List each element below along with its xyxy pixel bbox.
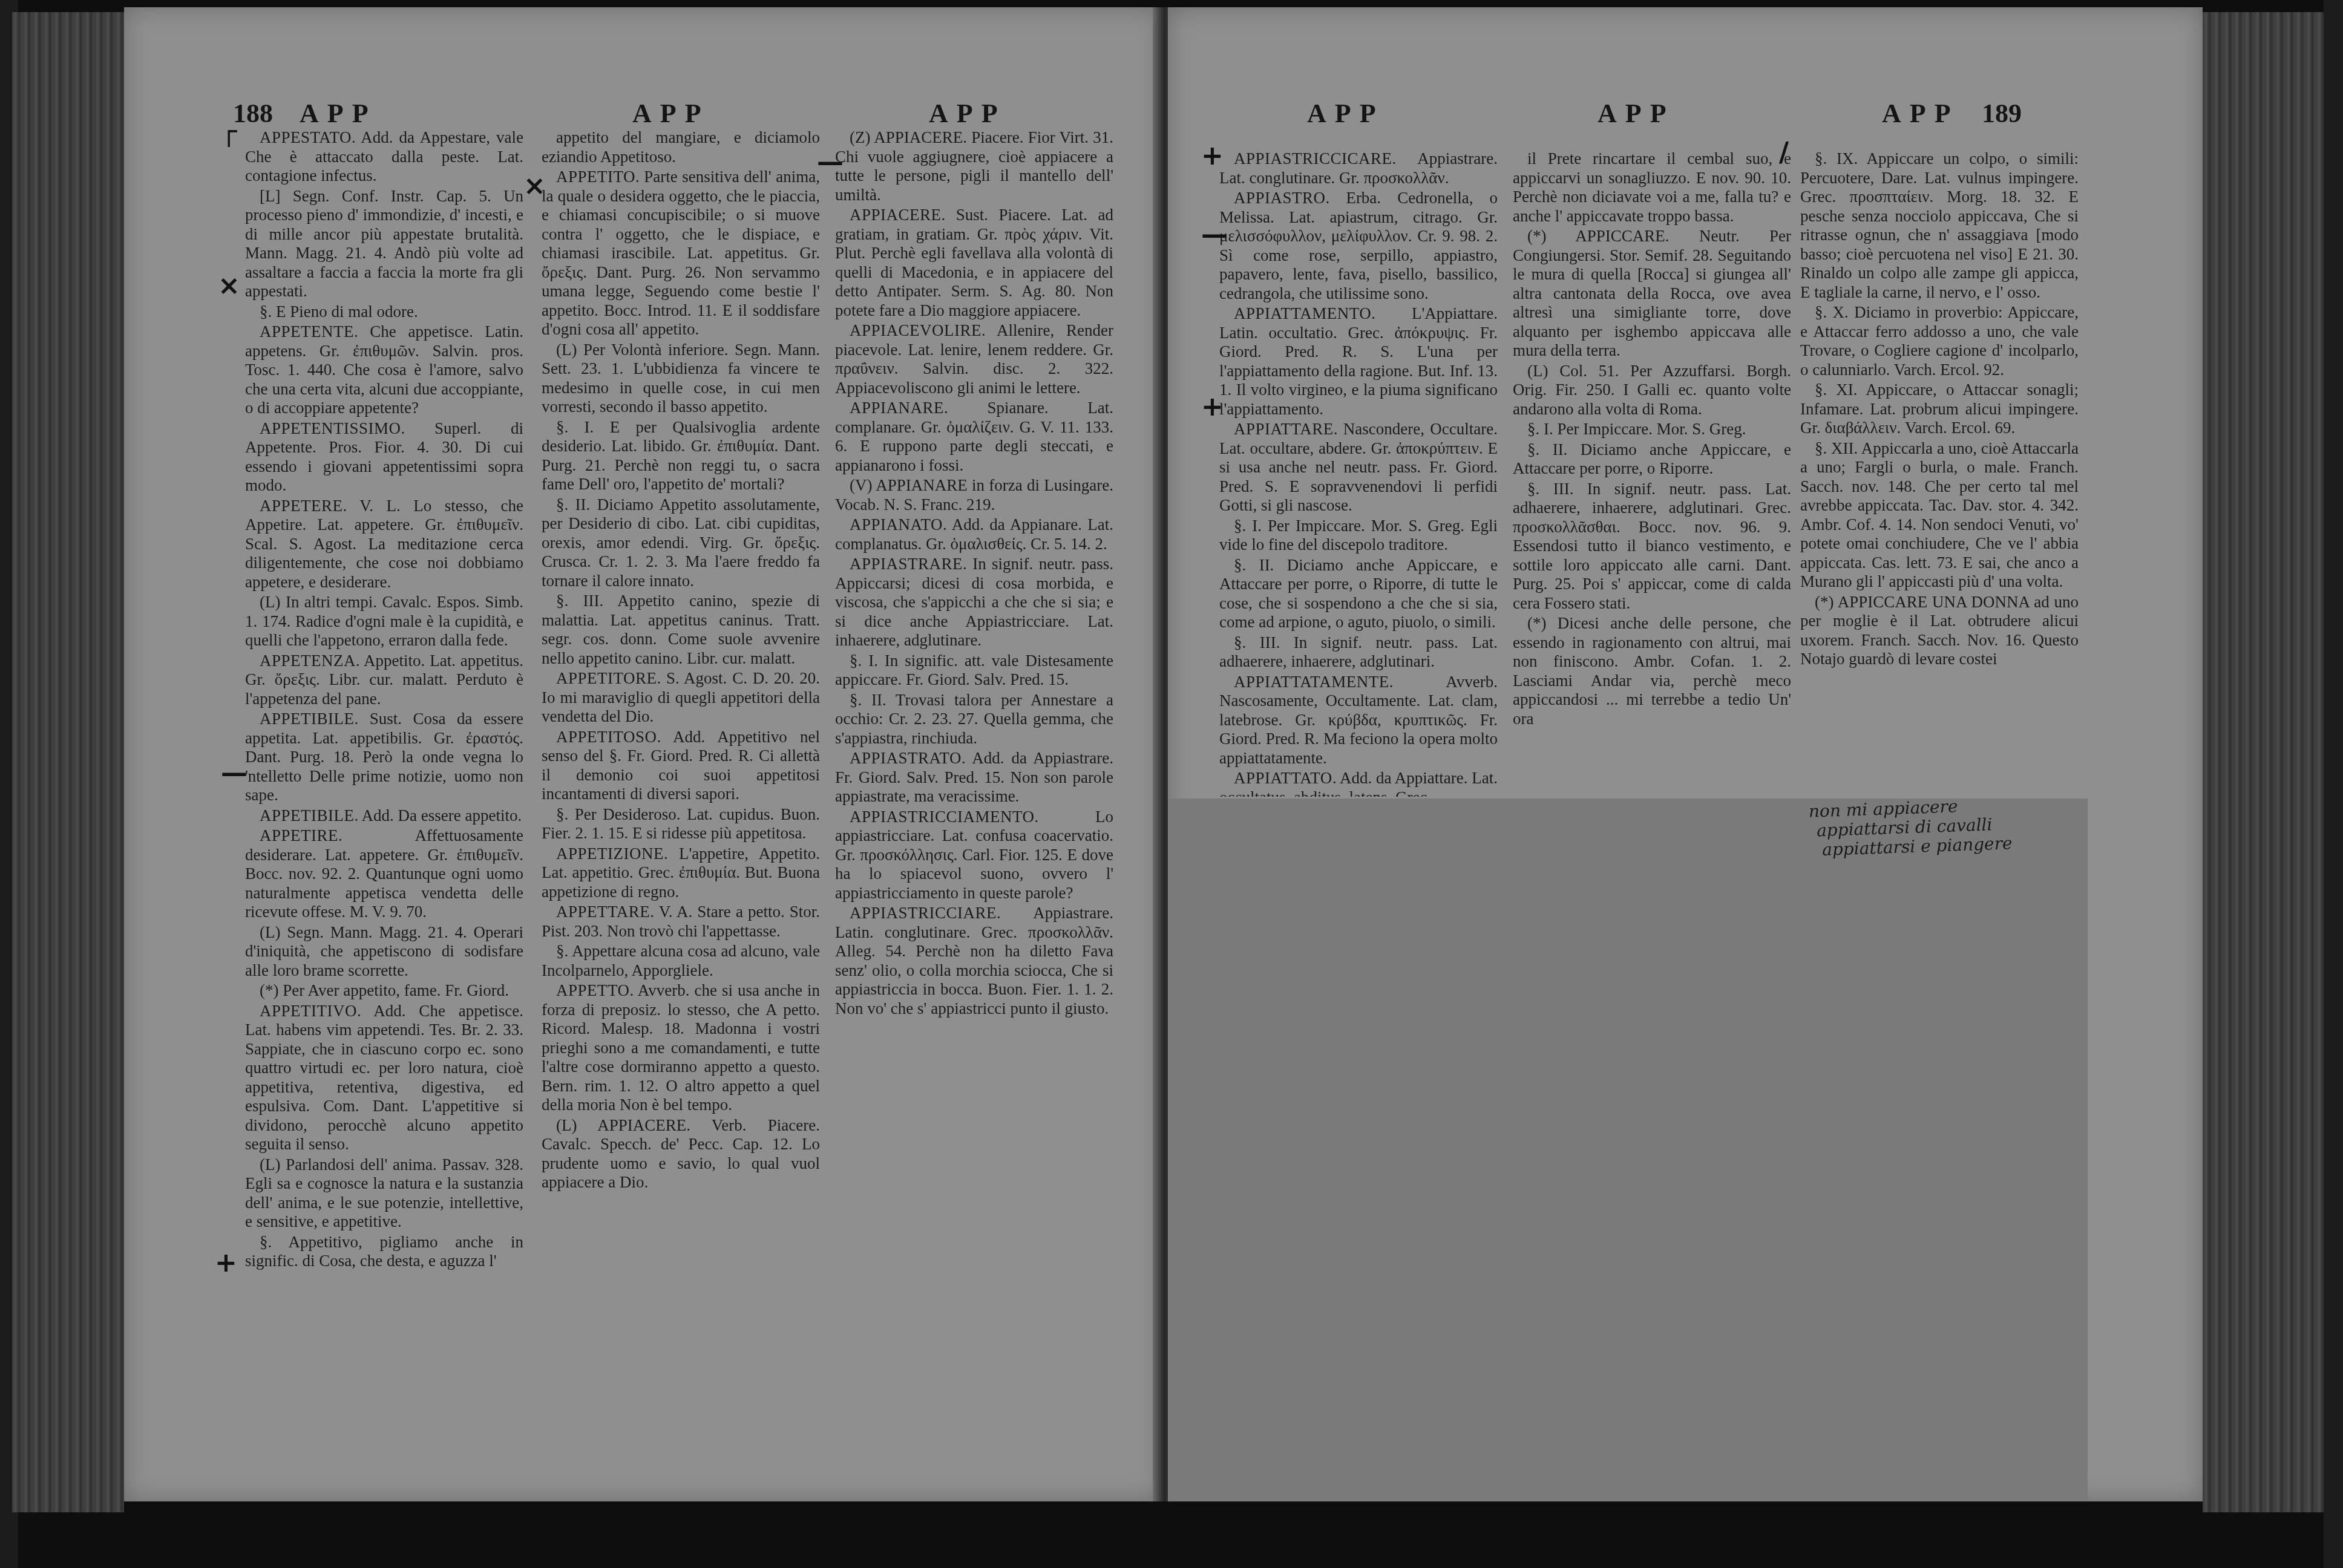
dictionary-entry: APPETIZIONE. L'appetire, Appetito. Lat. … bbox=[542, 844, 820, 902]
dictionary-entry: APPETITO. Parte sensitiva dell' anima, l… bbox=[542, 168, 820, 339]
entry-headword: APPIANARE bbox=[850, 399, 944, 417]
entry-text: (L) Col. 51. Per Azzuffarsi. Borgh. Orig… bbox=[1513, 362, 1791, 418]
margin-mark-x: × bbox=[523, 171, 546, 201]
entry-text: §. III. In signif. neutr. pass. Lat. adh… bbox=[1513, 480, 1791, 612]
entry-text: (*) APPICCARE. Neutr. Per Congiungersi. … bbox=[1513, 227, 1791, 359]
entry-text: §. II. Diciamo anche Appiccare, e Attacc… bbox=[1219, 556, 1498, 632]
dictionary-entry: §. XII. Appiccarla a uno, cioè Attaccarl… bbox=[1800, 439, 2079, 592]
margin-mark-dash: / bbox=[1779, 137, 1789, 168]
left-column-2: appetito del mangiare, e diciamolo ezian… bbox=[542, 128, 820, 1194]
entry-headword: APPETENZA bbox=[260, 652, 356, 670]
dictionary-entry: APPETTARE. V. A. Stare a petto. Stor. Pi… bbox=[542, 903, 820, 941]
dictionary-entry: (*) Per Aver appetito, fame. Fr. Giord. bbox=[245, 981, 523, 1001]
entry-headword: APPETITO bbox=[556, 168, 635, 186]
dictionary-entry: §. XI. Appiccare, o Attaccar sonagli; In… bbox=[1800, 381, 2079, 438]
dictionary-entry: (*) APPICCARE UNA DONNA ad uno per mogli… bbox=[1800, 593, 2079, 669]
entry-text: §. III. Appetito canino, spezie di malat… bbox=[542, 592, 820, 667]
entry-text: §. II. Trovasi talora per Annestare a oc… bbox=[835, 691, 1113, 747]
entry-text: §. X. Diciamo in proverbio: Appiccare, e… bbox=[1800, 303, 2079, 379]
entry-headword: APPIATTATAMENTE bbox=[1234, 673, 1389, 691]
entry-text: §. I. Per Impiccare. Mor. S. Greg. bbox=[1527, 420, 1746, 438]
dictionary-entry: APPESTATO. Add. da Appestare, vale Che è… bbox=[245, 128, 523, 186]
book-board-right bbox=[2324, 0, 2343, 1568]
entry-text: . Avverb. che si usa anche in forza di p… bbox=[542, 981, 820, 1114]
entry-text: §. II. Diciamo Appetito assolutamente, p… bbox=[542, 495, 820, 590]
dictionary-entry: §. Appetitivo, pigliamo anche in signifi… bbox=[245, 1233, 523, 1271]
entry-text: §. II. Diciamo anche Appiccare, e Attacc… bbox=[1513, 440, 1791, 478]
dictionary-entry: APPETENZA. Appetito. Lat. appetitus. Gr.… bbox=[245, 652, 523, 709]
running-head-left-3: APP bbox=[929, 98, 1006, 129]
running-head-left-2: APP bbox=[632, 98, 710, 129]
dictionary-entry: (L) In altri tempi. Cavalc. Espos. Simb.… bbox=[245, 593, 523, 650]
entry-headword: APPIASTRARE bbox=[850, 555, 963, 573]
entry-text: (Z) APPIACERE. Piacere. Fior Virt. 31. C… bbox=[835, 128, 1113, 204]
dictionary-entry: §. III. In signif. neutr. pass. Lat. adh… bbox=[1219, 633, 1498, 671]
entry-text: (V) APPIANARE in forza di Lusingare. Voc… bbox=[835, 476, 1113, 514]
entry-headword: APPETENTE bbox=[260, 322, 354, 341]
margin-mark-dash: — bbox=[817, 146, 844, 177]
dictionary-entry: APPIASTRICCIAMENTO. Lo appiastricciare. … bbox=[835, 808, 1113, 903]
entry-text: §. E Pieno di mal odore. bbox=[260, 302, 418, 321]
entry-text: §. Appetitivo, pigliamo anche in signifi… bbox=[245, 1233, 523, 1270]
entry-headword: APPIASTRICCIARE bbox=[850, 904, 997, 922]
entry-text: (L) Per Volontà inferiore. Segn. Mann. S… bbox=[542, 341, 820, 416]
page-number-right: 189 bbox=[1982, 98, 2022, 129]
dictionary-entry: appetito del mangiare, e diciamolo ezian… bbox=[542, 128, 820, 166]
handwritten-note: non mi appiacere appiattarsi di cavalli … bbox=[1808, 795, 2013, 860]
dictionary-entry: APPIANARE. Spianare. Lat. complanare. Gr… bbox=[835, 399, 1113, 475]
entry-headword: APPIASTRICCIAMENTO bbox=[850, 808, 1035, 826]
dictionary-entry: §. I. E per Qualsivoglia ardente desider… bbox=[542, 418, 820, 494]
dictionary-entry: (L) APPIACERE. Verb. Piacere. Cavalc. Sp… bbox=[542, 1116, 820, 1192]
entry-text: . Parte sensitiva dell' anima, la quale … bbox=[542, 168, 820, 338]
entry-text: (L) APPIACERE. Verb. Piacere. Cavalc. Sp… bbox=[542, 1116, 820, 1192]
entry-text: (L) Segn. Mann. Magg. 21. 4. Operari d'i… bbox=[245, 923, 523, 979]
entry-headword: APPETITOSO bbox=[556, 728, 657, 746]
dictionary-entry: APPIASTRARE. In signif. neutr. pass. App… bbox=[835, 555, 1113, 650]
dictionary-entry: §. II. Diciamo Appetito assolutamente, p… bbox=[542, 495, 820, 591]
dictionary-entry: §. III. Appetito canino, spezie di malat… bbox=[542, 592, 820, 668]
dictionary-entry: APPIANATO. Add. da Appianare. Lat. compl… bbox=[835, 515, 1113, 554]
entry-headword: APPIASTRATO bbox=[850, 749, 962, 767]
dictionary-entry: §. IX. Appiccare un colpo, o simili: Per… bbox=[1800, 149, 2079, 302]
entry-text: . Add. Che appetisce. Lat. habens vim ap… bbox=[245, 1002, 523, 1154]
dictionary-entry: APPETENTE. Che appetisce. Latin. appeten… bbox=[245, 322, 523, 418]
dictionary-entry: APPETIRE. Affettuosamente desiderare. La… bbox=[245, 826, 523, 922]
entry-text: (*) Dicesi anche delle persone, che esse… bbox=[1513, 614, 1791, 728]
entry-headword: APPETIBILE bbox=[260, 710, 355, 728]
entry-text: §. Per Desideroso. Lat. cupidus. Buon. F… bbox=[542, 805, 820, 843]
dictionary-entry: APPETTO. Avverb. che si usa anche in for… bbox=[542, 981, 820, 1115]
right-column-1: APPIASTRICCICARE. Appiastrare. Lat. cong… bbox=[1219, 149, 1498, 797]
dictionary-entry: APPIACEVOLIRE. Allenire, Render piacevol… bbox=[835, 321, 1113, 397]
entry-headword: APPESTATO bbox=[260, 128, 352, 146]
dictionary-entry: APPIATTARE. Nascondere, Occultare. Lat. … bbox=[1219, 420, 1498, 515]
margin-mark-plus: + bbox=[1201, 140, 1224, 171]
right-column-2: il Prete rincartare il cembal suo, e app… bbox=[1513, 149, 1791, 797]
left-fore-edge bbox=[12, 12, 124, 1512]
dictionary-entry: §. II. Diciamo anche Appiccare, e Attacc… bbox=[1513, 440, 1791, 479]
entry-headword: APPETIRE bbox=[260, 826, 338, 844]
running-head-right-2: APP bbox=[1597, 98, 1675, 129]
entry-headword: APPETIZIONE bbox=[556, 844, 664, 863]
entry-text: . Add. Da essere appetito. bbox=[355, 806, 522, 825]
running-head-right-3: APP bbox=[1882, 98, 1959, 129]
entry-headword: APPIATTARE bbox=[1234, 420, 1334, 438]
margin-mark-plus: + bbox=[1201, 391, 1224, 422]
entry-headword: APPIANATO bbox=[850, 515, 943, 534]
entry-headword: APPETTO bbox=[556, 981, 630, 999]
dictionary-entry: [L] Segn. Conf. Instr. Cap. 5. Un proces… bbox=[245, 187, 523, 301]
left-column-1: APPESTATO. Add. da Appestare, vale Che è… bbox=[245, 128, 523, 1272]
left-column-3: (Z) APPIACERE. Piacere. Fior Virt. 31. C… bbox=[835, 128, 1113, 1019]
entry-text: §. XII. Appiccarla a uno, cioè Attaccarl… bbox=[1800, 439, 2079, 591]
dictionary-entry: APPIATTATO. Add. da Appiattare. Lat. occ… bbox=[1219, 769, 1498, 797]
dictionary-entry: APPETIBILE. Sust. Cosa da essere appetit… bbox=[245, 710, 523, 805]
blank-paper-region bbox=[1168, 799, 2088, 1501]
dictionary-entry: §. X. Diciamo in proverbio: Appiccare, e… bbox=[1800, 303, 2079, 379]
dictionary-entry: §. III. In signif. neutr. pass. Lat. adh… bbox=[1513, 480, 1791, 613]
entry-text: il Prete rincartare il cembal suo, e app… bbox=[1513, 149, 1791, 225]
dictionary-entry: (*) Dicesi anche delle persone, che esse… bbox=[1513, 614, 1791, 728]
entry-headword: APPETENTISSIMO bbox=[260, 419, 401, 437]
entry-text: §. I. Per Impiccare. Mor. S. Greg. Egli … bbox=[1219, 517, 1498, 554]
margin-mark-plus: + bbox=[215, 1247, 237, 1278]
dictionary-entry: APPETIBILE. Add. Da essere appetito. bbox=[245, 806, 523, 826]
entry-text: §. XI. Appiccare, o Attaccar sonagli; In… bbox=[1800, 381, 2079, 437]
entry-text: §. III. In signif. neutr. pass. Lat. adh… bbox=[1219, 633, 1498, 671]
entry-text: §. I. In signific. att. vale Distesament… bbox=[835, 652, 1113, 689]
entry-headword: APPETITIVO bbox=[260, 1002, 357, 1020]
entry-text: (*) Per Aver appetito, fame. Fr. Giord. bbox=[260, 981, 509, 999]
dictionary-entry: §. Per Desideroso. Lat. cupidus. Buon. F… bbox=[542, 805, 820, 843]
dictionary-entry: APPIATTAMENTO. L'Appiattare. Latin. occu… bbox=[1219, 304, 1498, 419]
dictionary-entry: (L) Segn. Mann. Magg. 21. 4. Operari d'i… bbox=[245, 923, 523, 981]
dictionary-entry: APPIASTRATO. Add. da Appiastrare. Fr. Gi… bbox=[835, 749, 1113, 806]
dictionary-entry: (L) Col. 51. Per Azzuffarsi. Borgh. Orig… bbox=[1513, 362, 1791, 419]
dictionary-entry: §. II. Trovasi talora per Annestare a oc… bbox=[835, 691, 1113, 748]
left-page: 188 APP APP APP APPESTATO. Add. da Appes… bbox=[124, 7, 1162, 1501]
dictionary-entry: §. E Pieno di mal odore. bbox=[245, 302, 523, 322]
margin-mark-cross: ┌ bbox=[221, 116, 237, 147]
right-column-3: §. IX. Appiccare un colpo, o simili: Per… bbox=[1800, 149, 2079, 797]
running-head-right-1: APP bbox=[1307, 98, 1384, 129]
entry-text: (L) In altri tempi. Cavalc. Espos. Simb.… bbox=[245, 593, 523, 649]
entry-text: §. IX. Appiccare un colpo, o simili: Per… bbox=[1800, 149, 2079, 301]
dictionary-entry: (*) APPICCARE. Neutr. Per Congiungersi. … bbox=[1513, 227, 1791, 361]
dictionary-entry: APPETITOSO. Add. Appetitivo nel senso de… bbox=[542, 728, 820, 804]
right-page: APP APP APP 189 APPIASTRICCICARE. Appias… bbox=[1168, 7, 2203, 1501]
dictionary-entry: §. I. Per Impiccare. Mor. S. Greg. bbox=[1513, 420, 1791, 439]
dictionary-entry: APPETITIVO. Add. Che appetisce. Lat. hab… bbox=[245, 1002, 523, 1154]
entry-text: (L) Parlandosi dell' anima. Passav. 328.… bbox=[245, 1155, 523, 1231]
page-number-left: 188 bbox=[233, 98, 273, 129]
entry-headword: APPIASTRO bbox=[1234, 189, 1326, 207]
entry-text: §. Appettare alcuna cosa ad alcuno, vale… bbox=[542, 942, 820, 979]
entry-text: appetito del mangiare, e diciamolo ezian… bbox=[542, 128, 820, 166]
running-head-left-1: APP bbox=[300, 98, 377, 129]
dictionary-entry: (L) Parlandosi dell' anima. Passav. 328.… bbox=[245, 1155, 523, 1232]
entry-headword: APPIACEVOLIRE bbox=[850, 321, 981, 339]
entry-headword: APPETTARE bbox=[556, 903, 650, 921]
dictionary-entry: (L) Per Volontà inferiore. Segn. Mann. S… bbox=[542, 341, 820, 417]
entry-text: [L] Segn. Conf. Instr. Cap. 5. Un proces… bbox=[245, 187, 523, 301]
dictionary-entry: APPIASTRO. Erba. Cedronella, o Melissa. … bbox=[1219, 189, 1498, 303]
margin-mark-dash: — bbox=[221, 757, 247, 788]
dictionary-entry: APPIACERE. Sust. Piacere. Lat. ad gratia… bbox=[835, 206, 1113, 320]
dictionary-entry: APPIASTRICCIARE. Appiastrare. Latin. con… bbox=[835, 904, 1113, 1018]
dictionary-entry: APPETITORE. S. Agost. C. D. 20. 20. Io m… bbox=[542, 669, 820, 727]
dictionary-entry: (Z) APPIACERE. Piacere. Fior Virt. 31. C… bbox=[835, 128, 1113, 204]
entry-headword: APPIATTAMENTO bbox=[1234, 304, 1371, 322]
entry-headword: APPETERE bbox=[260, 497, 343, 515]
dictionary-entry: §. Appettare alcuna cosa ad alcuno, vale… bbox=[542, 942, 820, 980]
dictionary-entry: APPETENTISSIMO. Superl. di Appetente. Pr… bbox=[245, 419, 523, 495]
dictionary-entry: APPIASTRICCICARE. Appiastrare. Lat. cong… bbox=[1219, 149, 1498, 188]
dictionary-entry: §. II. Diciamo anche Appiccare, e Attacc… bbox=[1219, 556, 1498, 632]
entry-text: (*) APPICCARE UNA DONNA ad uno per mogli… bbox=[1800, 593, 2079, 668]
entry-headword: APPIACERE bbox=[850, 206, 942, 224]
entry-headword: APPETITORE bbox=[556, 669, 657, 687]
entry-text: §. I. E per Qualsivoglia ardente desider… bbox=[542, 418, 820, 494]
entry-headword: APPIASTRICCICARE bbox=[1234, 149, 1392, 168]
margin-mark-x: × bbox=[218, 270, 240, 301]
dictionary-entry: il Prete rincartare il cembal suo, e app… bbox=[1513, 149, 1791, 226]
right-fore-edge bbox=[2203, 12, 2324, 1512]
entry-headword: APPETIBILE bbox=[260, 806, 355, 825]
margin-mark-dash: — bbox=[1201, 219, 1228, 250]
dictionary-entry: §. I. Per Impiccare. Mor. S. Greg. Egli … bbox=[1219, 517, 1498, 555]
dictionary-entry: APPETERE. V. L. Lo stesso, che Appetire.… bbox=[245, 497, 523, 592]
dictionary-entry: (V) APPIANARE in forza di Lusingare. Voc… bbox=[835, 476, 1113, 514]
dictionary-entry: §. I. In signific. att. vale Distesament… bbox=[835, 652, 1113, 690]
entry-headword: APPIATTATO bbox=[1234, 769, 1332, 787]
dictionary-entry: APPIATTATAMENTE. Avverb. Nascosamente, O… bbox=[1219, 673, 1498, 768]
